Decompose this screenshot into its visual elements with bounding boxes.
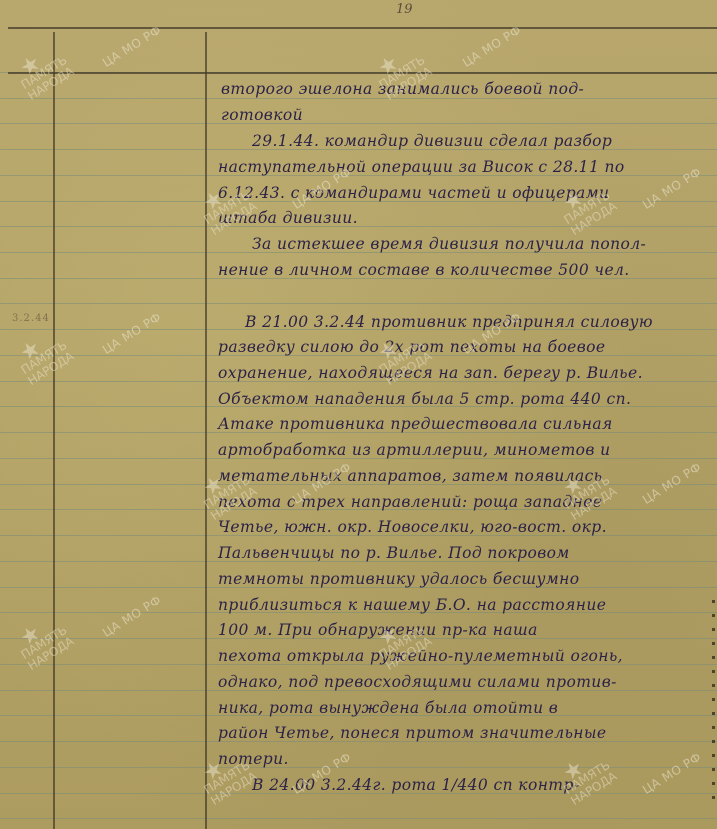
binding-holes bbox=[712, 600, 715, 800]
text-line: В 24.00 3.2.44г. рота 1/440 сп контр- bbox=[252, 775, 705, 795]
text-line: 6.12.43. с командирами частей и офицерам… bbox=[218, 183, 705, 203]
text-line: приблизиться к нашему Б.О. на расстояние bbox=[218, 595, 705, 615]
pamyat-naroda-watermark: ★ ПАМЯТЬ НАРОДА bbox=[12, 328, 76, 388]
text-line: второго эшелона занимались боевой под- bbox=[221, 79, 705, 99]
text-line: разведку силою до 2х рот пехоты на боево… bbox=[218, 337, 705, 357]
star-icon: ★ bbox=[19, 613, 63, 647]
margin-column-line bbox=[53, 32, 55, 829]
text-line: охранение, находящееся на зап. берегу р.… bbox=[218, 363, 705, 383]
text-line: потери. bbox=[218, 749, 705, 769]
text-line: метательных аппаратов, затем появилась bbox=[218, 466, 705, 486]
text-line: Пальвенчицы по р. Вилье. Под покровом bbox=[218, 543, 705, 563]
text-line: нение в личном составе в количестве 500 … bbox=[218, 260, 705, 280]
text-line: темноты противнику удалось бесшумно bbox=[218, 569, 705, 589]
text-line: пехота открыла ружейно-пулеметный огонь, bbox=[218, 646, 705, 666]
archive-watermark: ЦА МО РФ bbox=[460, 23, 524, 70]
header-rule bbox=[8, 27, 717, 29]
ruled-line bbox=[0, 303, 717, 304]
document-page: 19 3.2.44 второго эшелона занимались бое… bbox=[0, 0, 717, 829]
header-rule bbox=[8, 72, 717, 74]
text-line: район Четье, понеся притом значительные bbox=[218, 723, 705, 743]
text-line: готовкой bbox=[221, 105, 705, 125]
text-line: штаба дивизии. bbox=[218, 208, 705, 228]
text-line: Объектом нападения была 5 стр. рота 440 … bbox=[218, 389, 705, 409]
text-line: пехота с трех направлений: роща западнее bbox=[218, 492, 705, 512]
page-number: 19 bbox=[396, 2, 413, 17]
archive-watermark: ЦА МО РФ bbox=[100, 23, 164, 70]
text-line: Четье, южн. окр. Новоселки, юго-вост. ок… bbox=[218, 517, 705, 537]
margin-column-line bbox=[205, 32, 207, 829]
text-line: ника, рота вынуждена была отойти в bbox=[218, 698, 705, 718]
text-line: наступательной операции за Висок с 28.11… bbox=[218, 157, 705, 177]
text-line: артобработка из артиллерии, минометов и bbox=[218, 440, 705, 460]
text-line: Атаке противника предшествовала сильная bbox=[218, 414, 705, 434]
archive-watermark: ЦА МО РФ bbox=[100, 593, 164, 640]
text-line: однако, под превосходящими силами против… bbox=[218, 672, 705, 692]
text-line: За истекшее время дивизия получила попол… bbox=[252, 234, 705, 254]
text-line: В 21.00 3.2.44 противник предпринял сило… bbox=[245, 312, 705, 332]
archive-watermark: ЦА МО РФ bbox=[100, 310, 164, 357]
text-line: 29.1.44. командир дивизии сделал разбор bbox=[252, 131, 705, 151]
margin-note: 3.2.44 bbox=[12, 313, 50, 324]
star-icon: ★ bbox=[19, 328, 63, 362]
ruled-line bbox=[0, 818, 717, 819]
text-line: 100 м. При обнаружении пр-ка наша bbox=[218, 620, 705, 640]
